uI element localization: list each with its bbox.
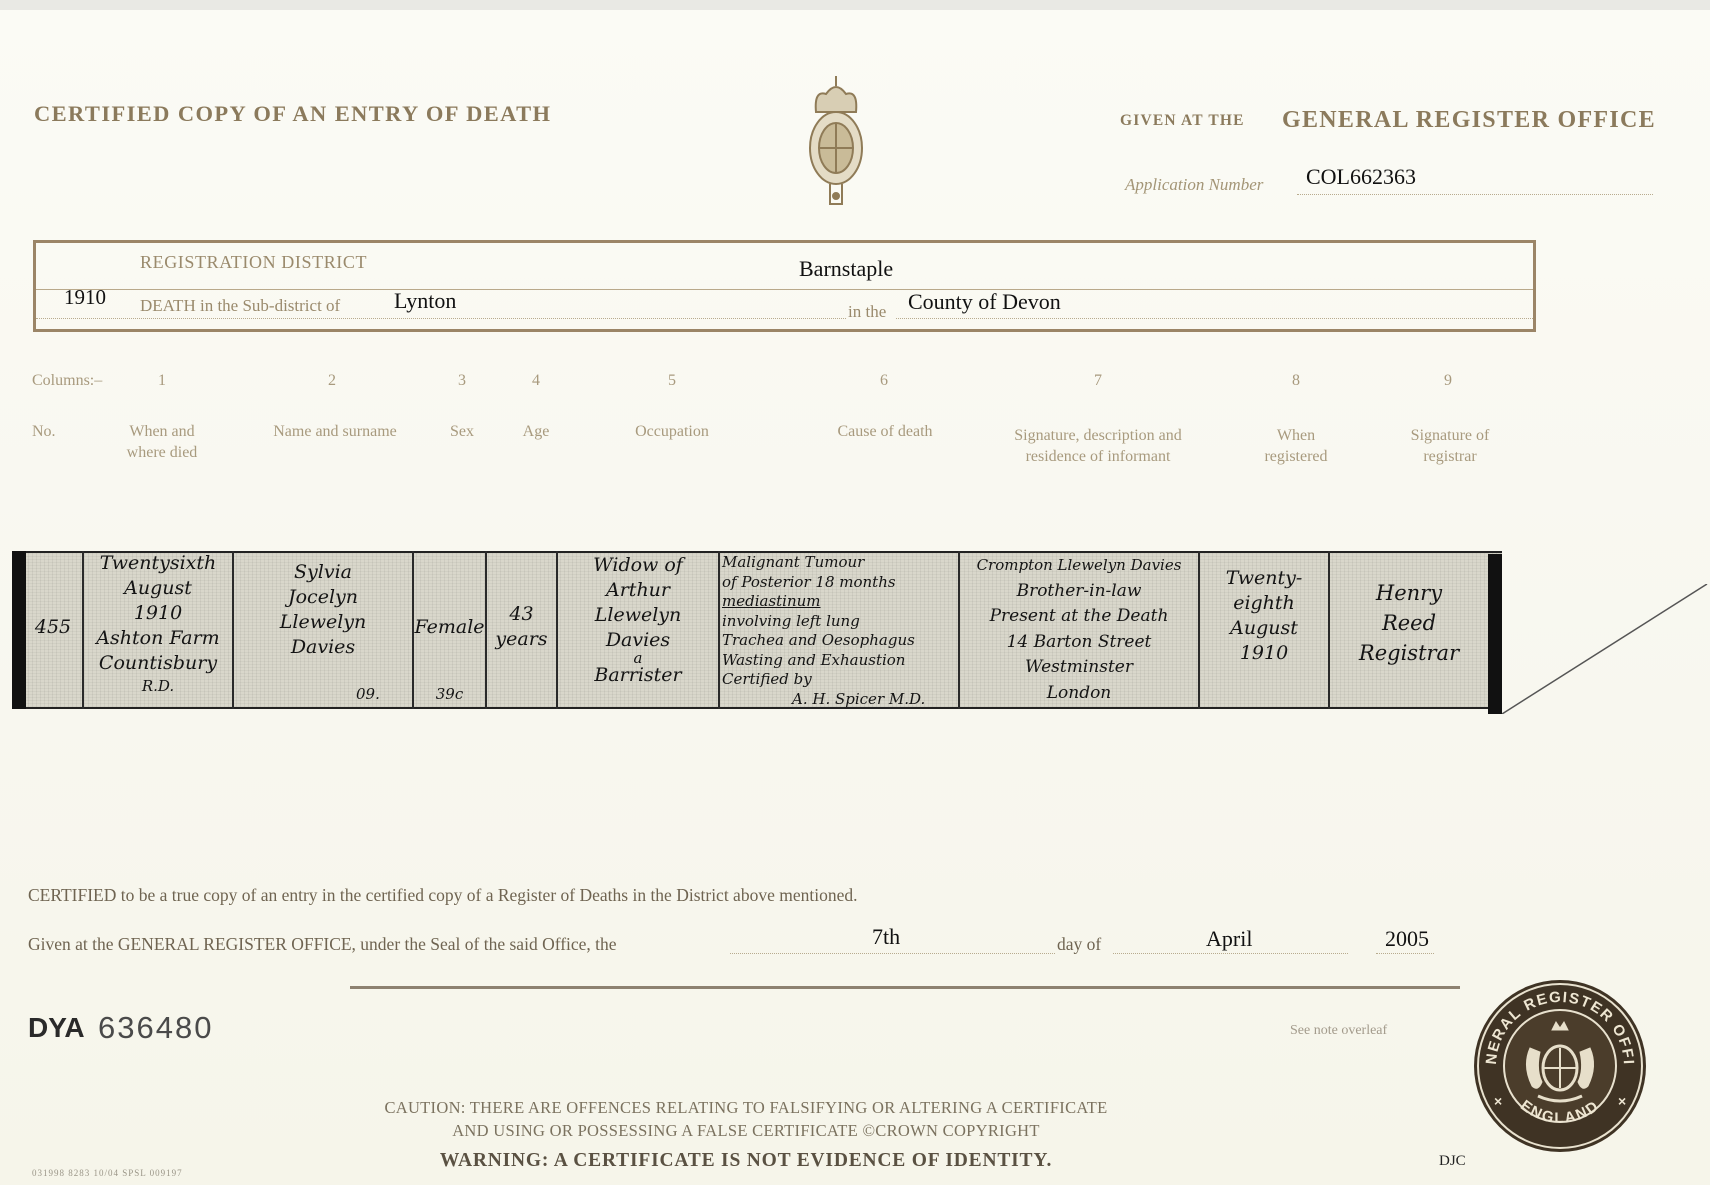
see-note-overleaf: See note overleaf: [1290, 1023, 1387, 1039]
column-number-2: 2: [320, 372, 344, 390]
column-header-cause-of-death: Cause of death: [810, 421, 960, 442]
column-number-3: 3: [450, 372, 474, 390]
county-value: County of Devon: [908, 289, 1061, 315]
cancellation-diagonal-line: [1502, 584, 1710, 714]
royal-crest-icon: [806, 72, 866, 212]
year-dotted-line: [1376, 953, 1434, 954]
certificate-title: CERTIFIED COPY OF AN ENTRY OF DEATH: [34, 101, 551, 127]
cause-line-6: Wasting and Exhaustion: [722, 651, 960, 671]
certification-month: April: [1206, 926, 1252, 952]
caution-line-1: CAUTION: THERE ARE OFFENCES RELATING TO …: [336, 1098, 1156, 1118]
cause-line-2: of Posterior 18 months: [722, 573, 960, 593]
registered-day-2: eighth: [1200, 591, 1328, 616]
death-date-day: Twentysixth: [84, 551, 232, 576]
entry-when-where-died: Twentysixth August 1910 Ashton Farm Coun…: [84, 551, 232, 696]
caution-line-2: AND USING OR POSSESSING A FALSE CERTIFIC…: [336, 1121, 1156, 1141]
in-the-label: in the: [848, 302, 886, 322]
subdistrict-value: Lynton: [394, 288, 456, 314]
registrar-title: Registrar: [1330, 638, 1488, 668]
subdistrict-label: DEATH in the Sub-district of: [140, 296, 340, 316]
informant-relationship: Brother-in-law: [960, 579, 1198, 605]
informant-address-city: London: [960, 681, 1198, 707]
application-number: COL662363: [1306, 164, 1416, 190]
cause-line-3: mediastinum: [722, 592, 960, 612]
certification-given-at: Given at the GENERAL REGISTER OFFICE, un…: [28, 934, 617, 955]
forename-1: Sylvia: [234, 560, 412, 585]
death-place-district: R.D.: [84, 676, 232, 696]
certification-day: 7th: [872, 924, 900, 950]
age-unit: years: [487, 627, 556, 652]
surname-part-2: Davies: [234, 635, 412, 660]
entry-registrar-signature: Henry Reed Registrar: [1330, 578, 1488, 668]
registration-year: 1910: [64, 285, 106, 310]
entry-number: 455: [24, 615, 82, 640]
entry-informant: Crompton Llewelyn Davies Brother-in-law …: [960, 553, 1198, 706]
district-box-divider: [36, 289, 1533, 290]
column-header-name: Name and surname: [250, 421, 420, 442]
column-header-informant: Signature, description and residence of …: [996, 425, 1200, 467]
application-number-dotted-line: [1297, 194, 1653, 195]
death-date-month: August: [84, 576, 232, 601]
forename-2: Jocelyn: [234, 585, 412, 610]
entry-when-registered: Twenty- eighth August 1910: [1200, 566, 1328, 666]
column-header-when-registered: When registered: [1250, 425, 1342, 467]
svg-text:×: ×: [1494, 1093, 1502, 1109]
royal-coat-of-arms-seal-icon: GENERAL REGISTER OFFICE ENGLAND × ×: [1472, 978, 1648, 1154]
entry-cause-of-death: Malignant Tumour of Posterior 18 months …: [720, 553, 960, 709]
print-code: 031998 8283 10/04 SPSL 009197: [32, 1168, 183, 1178]
column-header-when-where-died: When and where died: [116, 421, 208, 463]
application-number-label: Application Number: [1125, 175, 1263, 195]
death-place-parish: Countisbury: [84, 651, 232, 676]
entry-right-border: [1488, 554, 1502, 714]
occupation-line-6: Barrister: [558, 663, 718, 688]
cause-line-5: Trachea and Oesophagus: [722, 631, 960, 651]
cause-line-4: involving left lung: [722, 612, 960, 632]
given-at-label: GIVEN AT THE: [1120, 112, 1245, 130]
certification-statement: CERTIFIED to be a true copy of an entry …: [28, 885, 857, 906]
day-of-label: day of: [1057, 934, 1101, 955]
office-name: GENERAL REGISTER OFFICE: [1282, 107, 1656, 134]
registration-district-value: Barnstaple: [799, 256, 893, 282]
entry-sex: Female: [414, 615, 485, 640]
identity-warning: WARNING: A CERTIFICATE IS NOT EVIDENCE O…: [336, 1150, 1156, 1172]
subdistrict-dotted-line: [36, 318, 846, 319]
cause-line-8: A. H. Spicer M.D.: [722, 690, 960, 710]
column-header-no: No.: [32, 421, 56, 442]
registrar-forename: Henry: [1330, 578, 1488, 608]
registered-day-1: Twenty-: [1200, 566, 1328, 591]
column-number-7: 7: [1086, 372, 1110, 390]
county-dotted-line: [896, 318, 1533, 319]
month-dotted-line: [1113, 953, 1348, 954]
occupation-line-5: a: [558, 653, 718, 663]
column-number-1: 1: [150, 372, 174, 390]
entry-occupation: Widow of Arthur Llewelyn Davies a Barris…: [558, 553, 718, 688]
informant-address-area: Westminster: [960, 655, 1198, 681]
age-value: 43: [487, 602, 556, 627]
certification-year: 2005: [1385, 926, 1429, 952]
column-number-9: 9: [1436, 372, 1460, 390]
serial-number: 636480: [98, 1010, 213, 1046]
occupation-line-1: Widow of: [558, 553, 718, 578]
column-header-registrar-signature: Signature of registrar: [1396, 425, 1504, 467]
column-header-age: Age: [514, 421, 558, 442]
cause-line-1: Malignant Tumour: [722, 553, 960, 573]
scan-edge: [0, 0, 1710, 10]
death-place-farm: Ashton Farm: [84, 626, 232, 651]
column-number-5: 5: [660, 372, 684, 390]
name-annotation: 09.: [356, 684, 380, 704]
signature-rule: [350, 986, 1460, 989]
informant-name: Crompton Llewelyn Davies: [960, 553, 1198, 579]
sex-annotation: 39c: [414, 684, 485, 704]
occupation-line-3: Llewelyn: [558, 603, 718, 628]
column-number-4: 4: [524, 372, 548, 390]
occupation-line-2: Arthur: [558, 578, 718, 603]
columns-prefix: Columns:–: [32, 372, 102, 390]
registered-year: 1910: [1200, 641, 1328, 666]
cause-line-7: Certified by: [722, 670, 960, 690]
issuer-initials: DJC: [1439, 1153, 1466, 1170]
informant-qualification: Present at the Death: [960, 604, 1198, 630]
informant-address-street: 14 Barton Street: [960, 630, 1198, 656]
column-number-8: 8: [1284, 372, 1308, 390]
day-dotted-line: [730, 953, 1055, 954]
registration-district-label: REGISTRATION DISTRICT: [140, 252, 367, 273]
entry-age: 43 years: [487, 602, 556, 652]
column-header-sex: Sex: [440, 421, 484, 442]
svg-text:×: ×: [1618, 1093, 1626, 1109]
registered-month: August: [1200, 616, 1328, 641]
column-header-occupation: Occupation: [610, 421, 734, 442]
death-date-year: 1910: [84, 601, 232, 626]
serial-prefix: DYA: [28, 1012, 85, 1044]
surname-part-1: Llewelyn: [234, 610, 412, 635]
registrar-surname: Reed: [1330, 608, 1488, 638]
column-number-6: 6: [872, 372, 896, 390]
entry-name: Sylvia Jocelyn Llewelyn Davies: [234, 560, 412, 660]
